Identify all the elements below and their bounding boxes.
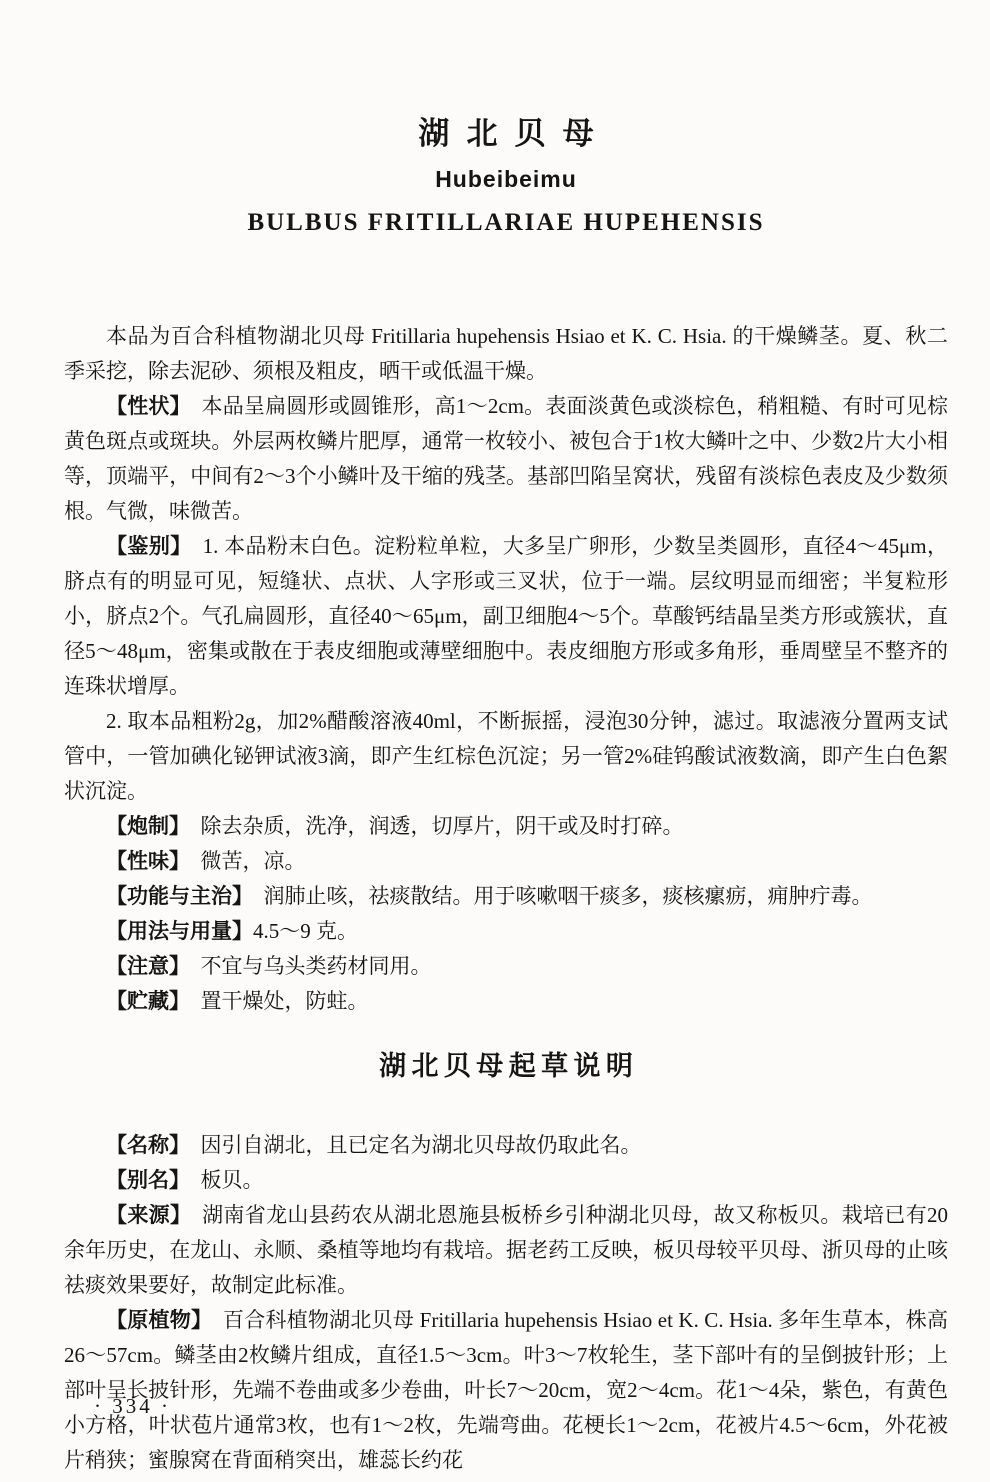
section-processing: 【炮制】 除去杂质，洗净，润透，切厚片，阴干或及时打碎。	[64, 809, 948, 844]
section-caution-text: 不宜与乌头类药材同用。	[180, 954, 432, 978]
section-identification: 【鉴别】 1. 本品粉末白色。淀粉粒单粒，大多呈广卵形，少数呈类圆形，直径4～4…	[64, 529, 948, 704]
draft-section-name-text: 因引自湖北，且已定名为湖北贝母故仍取此名。	[180, 1133, 642, 1157]
draft-notes-heading: 湖北贝母起草说明	[64, 1049, 948, 1084]
draft-section-original-plant-label: 【原植物】	[106, 1309, 202, 1332]
section-identification-label: 【鉴别】	[106, 535, 181, 558]
section-functions-indications-text: 润肺止咳，祛痰散结。用于咳嗽咽干痰多，痰核瘰疬，痈肿疔毒。	[243, 884, 873, 908]
section-dosage-text: 4.5～9 克。	[253, 919, 358, 943]
monograph-header: 湖北贝母 Hubeibeimu BULBUS FRITILLARIAE HUPE…	[64, 108, 948, 237]
monograph-title-latin: BULBUS FRITILLARIAE HUPEHENSIS	[64, 209, 948, 237]
section-property-taste-text: 微苦，凉。	[180, 849, 306, 873]
section-storage-label: 【贮藏】	[106, 990, 180, 1013]
section-property-taste-label: 【性味】	[106, 850, 180, 873]
section-identification-test-2-text: 2. 取本品粗粉2g，加2%醋酸溶液40ml，不断振摇，浸泡30分钟，滤过。取滤…	[64, 709, 948, 803]
draft-section-name: 【名称】 因引自湖北，且已定名为湖北贝母故仍取此名。	[64, 1128, 948, 1163]
draft-section-original-plant-text: 百合科植物湖北贝母 Fritillaria hupehensis Hsiao e…	[64, 1308, 948, 1472]
section-property-taste: 【性味】 微苦，凉。	[64, 844, 948, 879]
monograph-body: 本品为百合科植物湖北贝母 Fritillaria hupehensis Hsia…	[64, 319, 948, 1478]
section-processing-label: 【炮制】	[106, 815, 180, 838]
intro-paragraph: 本品为百合科植物湖北贝母 Fritillaria hupehensis Hsia…	[64, 319, 948, 389]
page-content: 湖北贝母 Hubeibeimu BULBUS FRITILLARIAE HUPE…	[0, 0, 990, 1478]
monograph-title-chinese: 湖北贝母	[64, 108, 948, 153]
section-identification-text: 1. 本品粉末白色。淀粉粒单粒，大多呈广卵形，少数呈类圆形，直径4～45μm，脐…	[64, 534, 948, 698]
section-storage: 【贮藏】 置干燥处，防蛀。	[64, 984, 948, 1019]
section-storage-text: 置干燥处，防蛀。	[180, 989, 369, 1013]
section-caution: 【注意】 不宜与乌头类药材同用。	[64, 949, 948, 984]
section-description: 【性状】 本品呈扁圆形或圆锥形，高1～2cm。表面淡黄色或淡棕色，稍粗糙、有时可…	[64, 389, 948, 529]
monograph-title-pinyin: Hubeibeimu	[64, 166, 948, 193]
draft-section-source-label: 【来源】	[106, 1204, 181, 1227]
section-description-label: 【性状】	[106, 395, 180, 418]
section-functions-indications: 【功能与主治】 润肺止咳，祛痰散结。用于咳嗽咽干痰多，痰核瘰疬，痈肿疔毒。	[64, 879, 948, 914]
section-processing-text: 除去杂质，洗净，润透，切厚片，阴干或及时打碎。	[180, 814, 684, 838]
section-functions-indications-label: 【功能与主治】	[106, 885, 243, 908]
section-identification-test-2: 2. 取本品粗粉2g，加2%醋酸溶液40ml，不断振摇，浸泡30分钟，滤过。取滤…	[64, 704, 948, 809]
draft-section-source-text: 湖南省龙山县药农从湖北恩施县板桥乡引种湖北贝母，故又称板贝。栽培已有20余年历史…	[64, 1203, 948, 1297]
draft-section-source: 【来源】 湖南省龙山县药农从湖北恩施县板桥乡引种湖北贝母，故又称板贝。栽培已有2…	[64, 1198, 948, 1303]
section-dosage: 【用法与用量】4.5～9 克。	[64, 914, 948, 949]
page-number: · 334 ·	[94, 1394, 171, 1419]
section-caution-label: 【注意】	[106, 955, 180, 978]
section-dosage-label: 【用法与用量】	[106, 920, 253, 943]
scanned-document-page: 湖北贝母 Hubeibeimu BULBUS FRITILLARIAE HUPE…	[0, 0, 990, 1482]
draft-section-name-label: 【名称】	[106, 1134, 180, 1157]
draft-section-alias-text: 板贝。	[180, 1168, 264, 1192]
draft-section-alias-label: 【别名】	[106, 1169, 180, 1192]
draft-section-alias: 【别名】 板贝。	[64, 1163, 948, 1198]
draft-section-original-plant: 【原植物】 百合科植物湖北贝母 Fritillaria hupehensis H…	[64, 1303, 948, 1478]
section-description-text: 本品呈扁圆形或圆锥形，高1～2cm。表面淡黄色或淡棕色，稍粗糙、有时可见棕黄色斑…	[64, 394, 948, 523]
